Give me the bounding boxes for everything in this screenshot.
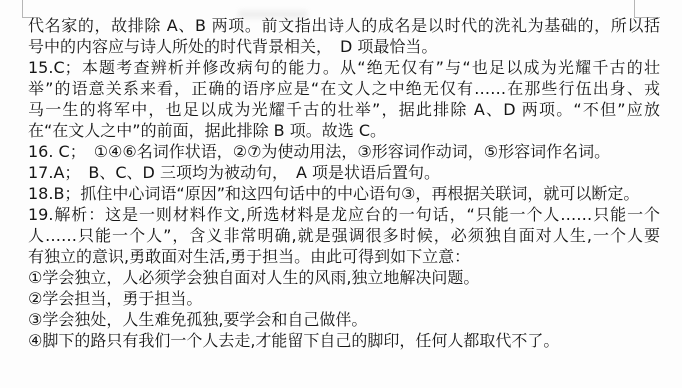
- text-line-4: 举”的语意关系来看，正确的语序应是“在文人之中绝无仅有……在那些行伍出身、戎: [28, 78, 660, 99]
- text-line-1: 代名家的，故排除 A、B 两项。前文指出诗人的成名是以时代的洗礼为基础的，所以括: [28, 15, 660, 36]
- text-line-14: ②学会担当，勇于担当。: [28, 288, 660, 309]
- text-line-6: 在“在文人之中”的前面，据此排除 B 项。故选 C。: [28, 120, 660, 141]
- text-line-10: 19.解析：这是一则材料作文,所选材料是龙应台的一句话，“只能一个人……只能一个: [28, 204, 660, 225]
- text-line-13: ①学会独立，人必须学会独自面对人生的风雨,独立地解决问题。: [28, 267, 660, 288]
- answer-key-text: 代名家的，故排除 A、B 两项。前文指出诗人的成名是以时代的洗礼为基础的，所以括…: [28, 15, 660, 351]
- text-line-7: 16. C； ①④⑥名词作状语，②⑦为使动用法，③形容词作动词，⑤形容词作名词。: [28, 141, 660, 162]
- text-line-8: 17.A； B、C、D 三项均为被动句， A 项是状语后置句。: [28, 162, 660, 183]
- text-line-16: ④脚下的路只有我们一个人去走,才能留下自己的脚印，任何人都取代不了。: [28, 330, 660, 351]
- text-line-9: 18.B；抓住中心词语“原因”和这四句话中的中心语句③，再根据关联词，就可以断定…: [28, 183, 660, 204]
- page-margin-mark-top-left-vertical: [22, 0, 23, 17]
- document-page: 代名家的，故排除 A、B 两项。前文指出诗人的成名是以时代的洗礼为基础的，所以括…: [0, 0, 682, 388]
- text-line-3: 15.C；本题考查辨析并修改病句的能力。从“绝无仅有”与“也足以成为光耀千古的壮: [28, 57, 660, 78]
- text-line-15: ③学会独处，人生难免孤独,要学会和自己做伴。: [28, 309, 660, 330]
- text-line-12: 有独立的意识,勇敢面对生活,勇于担当。由此可得到如下立意：: [28, 246, 660, 267]
- text-line-11: 人……只能一个人”，含义非常明确,就是强调很多时候，必须独自面对人生,一个人要: [28, 225, 660, 246]
- text-line-2: 号中的内容应与诗人所处的时代背景相关， D 项最恰当。: [28, 36, 660, 57]
- text-line-5: 马一生的将军中，也足以成为光耀千古的壮举”，据此排除 A、D 两项。“不但”应放: [28, 99, 660, 120]
